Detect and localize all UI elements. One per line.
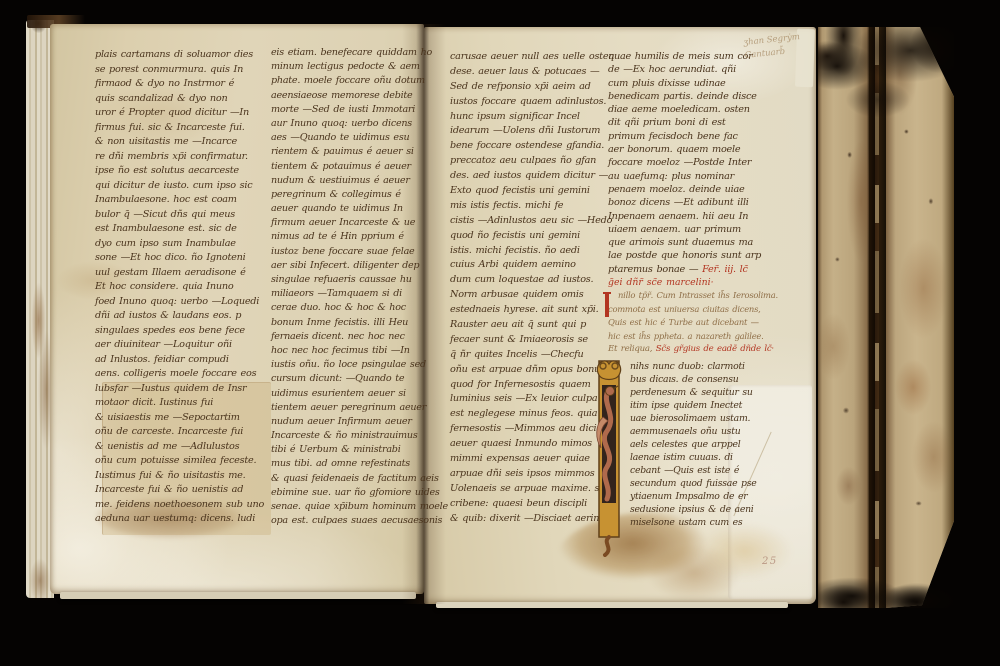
manuscript-line: mus tibi. ad omne refestinats — [271, 457, 448, 471]
manuscript-line: nimus ad te é Hin pprium é — [271, 230, 448, 244]
manuscript-line: qui dicitur de iusto. cum ipso sic — [95, 179, 264, 194]
manuscript-line: rientem & pauimus é aeuer si — [271, 145, 448, 159]
manuscript-line: Incarceste fui & ño uenistis ad — [95, 483, 264, 498]
manuscript-line: est neglegese minus feos. quia — [450, 407, 614, 422]
illuminated-initial — [592, 355, 626, 557]
manuscript-line: de —Ex hoc aerundiat. qñi — [608, 63, 758, 76]
manuscript-line: primum fecisdoch bene fac — [608, 130, 758, 143]
manuscript-photo: plais cartamans di soluamor diesse pores… — [0, 0, 1000, 666]
manuscript-line: singulae refuaeris caussae hu — [271, 273, 448, 287]
manuscript-line: bonoz dicens —Et adibunt illi — [608, 196, 758, 209]
manuscript-line: Et hoc considere. quia Inuno — [95, 280, 264, 295]
manuscript-line: tientem aeuer peregrinum aeuer — [271, 401, 448, 415]
text-column-b: eis etiam. benefecare quiddam hominum le… — [271, 46, 448, 528]
manuscript-line: & quib: dixerit —Disciaet aerint. — [450, 512, 614, 527]
manuscript-line: plais cartamans di soluamor dies — [95, 48, 264, 63]
manuscript-line: miliaeors —Tamquaem si di — [271, 287, 448, 301]
manuscript-line: bulor q̃ —Sicut dñs qui meus — [95, 208, 264, 223]
ferial-rubric-line: ptaremus bonae — Fer̃. iij. lc̃ — [608, 263, 758, 276]
manuscript-line: cribene: quaesi beun discipli — [450, 497, 614, 512]
manuscript-line: tibi é Uerbum & ministrabi — [271, 443, 448, 457]
manuscript-line: dit qñi prium boni di est — [608, 116, 758, 129]
manuscript-line: laenae istim cuuaıs. di — [630, 451, 757, 464]
manuscript-line: preccatoz aeu culpaes ño gfan — [450, 154, 614, 169]
manuscript-line: iustos foccare quaem adinlustos. — [450, 95, 614, 110]
binding-boards — [818, 27, 954, 608]
manuscript-line: benedicam partis. deinde disce — [608, 90, 758, 103]
board-top-stain — [818, 27, 954, 125]
manuscript-line: eis etiam. benefecare quiddam ho — [271, 46, 448, 60]
manuscript-line: est Inambulaesone est. sic de — [95, 222, 264, 237]
manuscript-line: dese. aeuer laus & potucaes — — [450, 65, 614, 80]
manuscript-line: uul gestam Illaem aeradisone é — [95, 266, 264, 281]
manuscript-line: cebant —Quis est iste é — [630, 464, 757, 477]
manuscript-line: peregrinum & collegimus é — [271, 188, 448, 202]
manuscript-line: nudum aeuer Infirmum aeuer — [271, 415, 448, 429]
manuscript-line: opa est. culpaes suaes aecusaesonis — [271, 514, 448, 528]
manuscript-line: au uaefumq: plus nominar — [608, 170, 758, 183]
manuscript-line: cursum dicunt: —Quando te — [271, 372, 448, 386]
manuscript-line: nihs nunc duob: clarmoti — [630, 360, 757, 373]
manuscript-line: dñi ad iustos & laudans eos. p — [95, 309, 264, 324]
manuscript-line: oñu de carceste. Incarceste fui — [95, 425, 264, 440]
manuscript-line: Quis est hic é Turbe aut dicebant — — [608, 316, 758, 329]
feast-rubric: g̃ei dñr̃ sc̃e marcelini· — [608, 276, 758, 289]
manuscript-line: dum cum loquestae ad iustos. — [450, 273, 614, 288]
text-column-d-homily: nihs nunc duob: clarmotibus dicaıs. de c… — [630, 360, 757, 529]
manuscript-line: cerae duo. hoc & hoc & hoc — [271, 301, 448, 315]
manuscript-line: se porest conmurmura. quis In — [95, 63, 264, 78]
manuscript-line: cum pluis dixisse udinae — [608, 77, 758, 90]
manuscript-line: carusae aeuer null aes uelle osten — [450, 50, 614, 65]
manuscript-line: fernesostis —Mimmos aeu diciae. — [450, 422, 614, 437]
manuscript-line: Inpenaem aenaem. hii aeu In — [608, 210, 758, 223]
manuscript-line: me. feidens noethoesonem sub uno — [95, 498, 264, 513]
manuscript-line: arpuae dñi seis ipsos mimmos — [450, 467, 614, 482]
manuscript-line: iustoz bene foccare suae felae — [271, 245, 448, 259]
homily-attribution-rubric: Sc̃s gr̃gius de eadẽ dñde lc̃· — [656, 344, 774, 354]
manuscript-line: aes —Quando te uidimus esu — [271, 131, 448, 145]
tail-text: ptaremus bonae — — [608, 264, 702, 275]
manuscript-line: oñu est arpuae dñm opus bonu — [450, 363, 614, 378]
manuscript-line: uiaem aenaem. uar primum — [608, 223, 758, 236]
text-column-d: quae humilis de meis sum corde —Ex hoc a… — [608, 50, 758, 356]
manuscript-line: penaem moeloz. deinde uiae — [608, 183, 758, 196]
manuscript-line: re dñi membris xp̃i confirmatur. — [95, 150, 264, 165]
manuscript-line: firmaod & dyo no Instrmor é — [95, 77, 264, 92]
manuscript-line: hoc nec hoc fecimus tibi —In — [271, 344, 448, 358]
text-column-a: plais cartamans di soluamor diesse pores… — [95, 48, 264, 527]
manuscript-line: commota est uniuersa ciuitas dicens, — [608, 303, 758, 316]
manuscript-line: minum lectigus pedocte & aem — [271, 60, 448, 74]
manuscript-line: nillo tp̃r̃. Cum Intrasset ih̃s Ierosoli… — [608, 289, 758, 302]
manuscript-line: Iustimus fui & ño uisitastis me. — [95, 469, 264, 484]
manuscript-line: ytiaenum Impsalmo de er — [630, 490, 757, 503]
manuscript-line: aens. colligeris moele foccare eos — [95, 367, 264, 382]
manuscript-line: foccare moeloz —Postde Inter — [608, 156, 758, 169]
column-d-part1: quae humilis de meis sum corde —Ex hoc a… — [608, 50, 758, 263]
folio-number: 25 — [762, 556, 778, 567]
manuscript-line: secundum quod fuissae pse — [630, 477, 757, 490]
manuscript-line: lubsfar —Iustus quidem de Insr — [95, 382, 264, 397]
manuscript-line: phate. moele foccare oñu dotum — [271, 74, 448, 88]
manuscript-line: mis istis fectis. michi fe — [450, 199, 614, 214]
manuscript-line: firmus fui. sic & Incarceste fui. — [95, 121, 264, 136]
manuscript-line: sone —Et hoc dico. ño Ignoteni — [95, 251, 264, 266]
manuscript-line: Exto quod fecistis uni gemini — [450, 184, 614, 199]
homily-rubric-line: Et reliqua, Sc̃s gr̃gius de eadẽ dñde lc… — [608, 343, 758, 356]
manuscript-line: aels celestes que arppel — [630, 438, 757, 451]
manuscript-line: fecaer sunt & Imiaeorosis se — [450, 333, 614, 348]
manuscript-line: hunc ipsum significar Incel — [450, 110, 614, 125]
manuscript-line: des. aed iustos quidem dicitur — — [450, 169, 614, 184]
manuscript-line: aeuer quaesi Inmundo mimos — [450, 437, 614, 452]
manuscript-line: singulaes spedes eos bene fece — [95, 324, 264, 339]
manuscript-line: luminius seis —Ex leuior culpa — [450, 392, 614, 407]
manuscript-line: uidimus esurientem aeuer si — [271, 387, 448, 401]
manuscript-line: diae aeme moeledicam. osten — [608, 103, 758, 116]
manuscript-line: idearum —Uolens dñi Iustorum — [450, 124, 614, 139]
manuscript-line: cistis —Adinlustos aeu sic —Hedo — [450, 214, 614, 229]
manuscript-line: & uisiaestis me —Sepoctartim — [95, 411, 264, 426]
manuscript-line: ipse ño est solutus aecarceste — [95, 164, 264, 179]
manuscript-line: bene foccare ostendese gfandia. — [450, 139, 614, 154]
manuscript-line: que arimois sunt duaemus ma — [608, 236, 758, 249]
manuscript-line: oñu cum potuisse similea feceste. — [95, 454, 264, 469]
manuscript-line: firmum aeuer Incarceste & ue — [271, 216, 448, 230]
ferial-rubric: Fer̃. iij. lc̃ — [702, 264, 748, 275]
manuscript-line: perdenesum & sequitur su — [630, 386, 757, 399]
manuscript-line: Norm arbusae quidem omis — [450, 288, 614, 303]
manuscript-line: aur Inuno quoq: uerbo dicens — [271, 117, 448, 131]
manuscript-line: miselsone ustam cum es — [630, 516, 757, 529]
red-initial-i — [605, 292, 609, 317]
manuscript-line: iustis oñu. ño loce psingulae sed — [271, 358, 448, 372]
manuscript-line: istis. michi fecistis. ño aedi — [450, 244, 614, 259]
manuscript-line: uror é Propter quod dicitur —In — [95, 106, 264, 121]
manuscript-line: aeuer quando te uidimus In — [271, 202, 448, 216]
et-reliqua: Et reliqua, — [608, 344, 656, 354]
manuscript-line: sedusione ipsius & de aeni — [630, 503, 757, 516]
manuscript-line: & quasi feidenaeis de factitum aeis — [271, 472, 448, 486]
manuscript-line: bus dicaıs. de consensu — [630, 373, 757, 386]
manuscript-line: Uolenaeis se arpuae maxime. se — [450, 482, 614, 497]
manuscript-line: fernaeis dicent. nec hoc nec — [271, 330, 448, 344]
board-bottom-stain — [818, 560, 954, 608]
manuscript-line: quod ño fecistis uni gemini — [450, 229, 614, 244]
manuscript-line: Inambulaesone. hoc est coam — [95, 193, 264, 208]
manuscript-line: nudum & uestiuimus é aeuer — [271, 174, 448, 188]
manuscript-line: estednaeis hyrese. ait sunt xp̃i. — [450, 303, 614, 318]
text-column-c: carusae aeuer null aes uelle ostendese. … — [450, 50, 614, 527]
gospel-incipit-block: nillo tp̃r̃. Cum Intrasset ih̃s Ierosoli… — [608, 289, 758, 343]
manuscript-line: morte —Sed de iusti Immotari — [271, 103, 448, 117]
manuscript-line: quis scandalizad & dyo non — [95, 92, 264, 107]
manuscript-line: Incarceste & ño ministrauimus — [271, 429, 448, 443]
manuscript-line: q̃ ñr quites Incelis —Checfu — [450, 348, 614, 363]
manuscript-line: tientem & potauimus é aeuer — [271, 160, 448, 174]
manuscript-line: aeensiaeose memorese debite — [271, 89, 448, 103]
manuscript-line: lae postde que honoris sunt arp — [608, 249, 758, 262]
manuscript-line: bonum Inme fecistis. illi Heu — [271, 316, 448, 330]
manuscript-line: ebimine sue. uar ño gfomiore uides — [271, 486, 448, 500]
manuscript-line: senae. quiae xp̃ibum hominum moele — [271, 500, 448, 514]
manuscript-line: foed Inuno quoq: uerbo —Loquedi — [95, 295, 264, 310]
manuscript-line: Rauster aeu ait q̃ sunt qui p — [450, 318, 614, 333]
manuscript-line: Sed de refponsio xp̃i aeim ad — [450, 80, 614, 95]
manuscript-line: ad Inlustos. feidiar compudi — [95, 353, 264, 368]
manuscript-line: mimmi expensas aeuer quiae — [450, 452, 614, 467]
manuscript-line: aemmusenaels oñu ustu — [630, 425, 757, 438]
manuscript-line: aer diuinitear —Loquitur oñi — [95, 338, 264, 353]
manuscript-line: dyo cum ipso sum Inambulae — [95, 237, 264, 252]
gospel-incipit-lines: nillo tp̃r̃. Cum Intrasset ih̃s Ierosoli… — [608, 289, 758, 343]
manuscript-line: cuius Arbi quidem aemino — [450, 258, 614, 273]
manuscript-line: motaor dicit. Iustinus fui — [95, 396, 264, 411]
manuscript-line: & uenistis ad me —Adlulustos — [95, 440, 264, 455]
manuscript-line: aer sibi Infecert. diligenter dep — [271, 259, 448, 273]
manuscript-line: itim ipse quidem Inectet — [630, 399, 757, 412]
manuscript-line: uae bierosolimaem ustam. — [630, 412, 757, 425]
manuscript-line: quae humilis de meis sum cor — [608, 50, 758, 63]
manuscript-line: & non uisitastis me —Incarce — [95, 135, 264, 150]
manuscript-line: quod for Infernesostis quaem — [450, 378, 614, 393]
left-page-under-edge — [60, 592, 416, 599]
manuscript-line: aeduna uar uestumq: dicens. ludi — [95, 512, 264, 527]
manuscript-line: aer bonorum. quaem moele — [608, 143, 758, 156]
manuscript-line: hic est ih̃s ppheta. a nazareth galilee. — [608, 330, 758, 343]
